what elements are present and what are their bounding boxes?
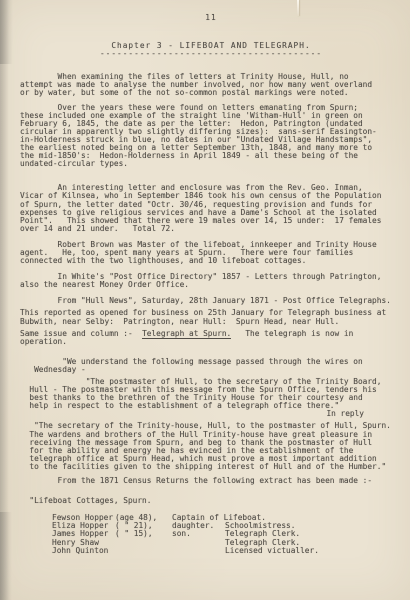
census-name-cell: John Quinton [52, 547, 115, 555]
census-relation-cell [172, 539, 225, 547]
in-reply-label: In reply [20, 410, 402, 418]
paragraph-telegraph-opening: This reported as opened for business on … [20, 309, 402, 325]
census-intro: From the 1871 Census Returns the followi… [20, 477, 402, 485]
quote-postmaster-message: "The postmaster of Hull, to the secretar… [20, 378, 402, 410]
census-age-cell [115, 547, 172, 555]
chapter-heading: Chapter 3 - LIFEBOAT AND TELEGRAPH. ----… [20, 42, 402, 58]
paragraph-postal-markings: Over the years these were found on lette… [20, 104, 402, 169]
underlined-telegraph-at-spurn: Telegraph at Spurn. [142, 329, 231, 340]
quote-secretary-reply: "The secretary of the Trinity-house, Hul… [20, 422, 402, 471]
paragraph-robert-brown: Robert Brown was Master of the lifeboat,… [20, 241, 402, 265]
census-age-cell [115, 539, 172, 547]
census-heading: "Lifeboat Cottages, Spurn. [20, 497, 402, 505]
paragraph-post-office-directory: In White's "Post Office Directory" 1857 … [20, 273, 402, 289]
census-occupation-cell: Licensed victualler. [225, 547, 402, 555]
census-relation-cell: son. [172, 530, 225, 538]
census-table: Fewson Hopper(age 48),Captain of Lifeboa… [20, 514, 402, 554]
census-relation-cell [172, 547, 225, 555]
paragraph-hull-news: From "Hull News", Saturday, 28th January… [20, 297, 402, 305]
paragraph-files-of-letters: When examining the files of letters at T… [20, 73, 402, 97]
census-age-cell: ( " 15), [115, 530, 172, 538]
census-row: John QuintonLicensed victualler. [52, 547, 402, 555]
page-content: 11 Chapter 3 - LIFEBOAT AND TELEGRAPH. -… [0, 0, 410, 555]
paragraph-telegraph-at-spurn: Same issue and column :- Telegraph at Sp… [20, 330, 402, 346]
chapter-title-underline: --------------------------------------- [20, 50, 402, 58]
page-number: 11 [20, 14, 402, 22]
paragraph-rev-inman-census: An interesting letter and enclosure was … [20, 184, 402, 233]
scanned-document-page: 11 Chapter 3 - LIFEBOAT AND TELEGRAPH. -… [0, 0, 410, 600]
quote-we-understand: "We understand the following message pas… [20, 358, 402, 374]
